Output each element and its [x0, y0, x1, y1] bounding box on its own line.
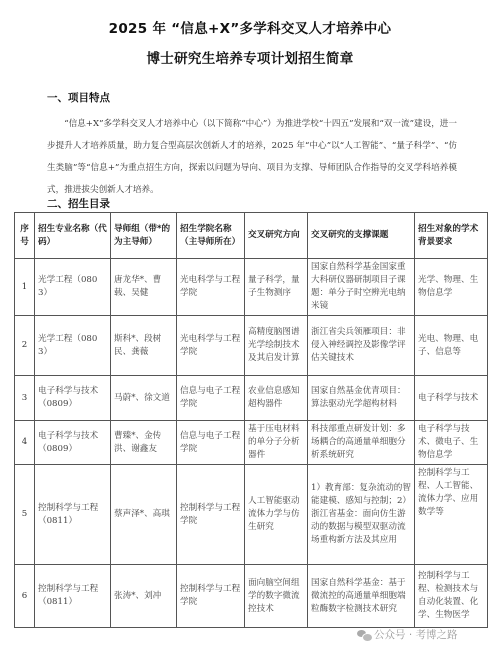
cell-direction: 量子科学，量子生物测序 — [245, 259, 308, 316]
cell-major: 控制科学与工程（0811） — [35, 565, 111, 628]
cell-direction: 高精度脑图谱光学绘制技术及其启发计算 — [245, 316, 308, 376]
cell-projects: 科技部重点研发计划：多场耦合的高通量单细胞分析系统研究 — [308, 421, 415, 465]
cell-direction: 农业信息感知超构器件 — [245, 376, 308, 421]
table-row: 3 电子科学与技术（0809） 马蔚*、徐文道 信息与电子工程学院 农业信息感知… — [15, 376, 488, 421]
cell-background: 光电、物理、电子、信息等 — [415, 316, 488, 376]
table-row: 5 控制科学与工程（0811） 蔡声泽*、高琪 控制科学与工程学院 人工智能驱动… — [15, 465, 488, 565]
cell-no: 3 — [15, 376, 35, 421]
wechat-icon — [357, 629, 371, 640]
table-row: 1 光学工程（0803） 唐龙华*、曹载、吴健 光电科学与工程学院 量子科学，量… — [15, 259, 488, 316]
cell-no: 2 — [15, 316, 35, 376]
cell-college: 光电科学与工程学院 — [177, 316, 245, 376]
table-row: 4 电子科学与技术（0809） 曹臻*、金传洪、谢鑫友 信息与电子工程学院 基于… — [15, 421, 488, 465]
header-projects: 交叉研究的支撑课题 — [308, 213, 415, 259]
cell-college: 光电科学与工程学院 — [177, 259, 245, 316]
watermark-text: 公众号 · 考博之路 — [374, 627, 458, 642]
cell-no: 6 — [15, 565, 35, 628]
header-major: 招生专业名称（代码） — [35, 213, 111, 259]
cell-major: 光学工程（0803） — [35, 259, 111, 316]
cell-major: 电子科学与技术（0809） — [35, 376, 111, 421]
section-heading-features: 一、项目特点 — [47, 90, 110, 105]
cell-advisors: 马蔚*、徐文道 — [111, 376, 177, 421]
cell-major: 控制科学与工程（0811） — [35, 465, 111, 565]
cell-major: 光学工程（0803） — [35, 316, 111, 376]
cell-college: 信息与电子工程学院 — [177, 376, 245, 421]
cell-projects: 浙江省尖兵领雁项目：非侵入神经调控及影像学评估关键技术 — [308, 316, 415, 376]
cell-background: 电子科学与技术 — [415, 376, 488, 421]
cell-advisors: 蔡声泽*、高琪 — [111, 465, 177, 565]
table-header-row: 序号 招生专业名称（代码） 导师组（带*的为主导师） 招生学院名称（主导师所在）… — [15, 213, 488, 259]
cell-direction: 基于压电材料的单分子分析器件 — [245, 421, 308, 465]
cell-background: 电子科学与技术、微电子、生物信息学 — [415, 421, 488, 465]
header-direction: 交叉研究方向 — [245, 213, 308, 259]
cell-background: 控制科学与工程、检测技术与自动化装置、化学、生物医学 — [415, 565, 488, 628]
cell-advisors: 斯科*、段树民、龚薇 — [111, 316, 177, 376]
cell-direction: 人工智能驱动流体力学与仿生研究 — [245, 465, 308, 565]
section-heading-catalog: 二、招生目录 — [47, 196, 110, 211]
cell-no: 5 — [15, 465, 35, 565]
cell-college: 控制科学与工程学院 — [177, 565, 245, 628]
cell-college: 控制科学与工程学院 — [177, 465, 245, 565]
cell-advisors: 曹臻*、金传洪、谢鑫友 — [111, 421, 177, 465]
table-row: 6 控制科学与工程（0811） 张涛*、刘冲 控制科学与工程学院 面向脑空间组学… — [15, 565, 488, 628]
features-paragraph: “信息+X”多学科交叉人才培养中心（以下简称“中心”）为推进学校“十四五”发展和… — [47, 113, 457, 201]
cell-projects: 1）教育部：复杂流动的智能建模、感知与控制；2）浙江省基金：面向仿生游动的数据与… — [308, 465, 415, 565]
header-college: 招生学院名称（主导师所在） — [177, 213, 245, 259]
cell-projects: 国家自然科学基金国家重大科研仪器研制项目子课题：单分子时空辨光电纳米镜 — [308, 259, 415, 316]
cell-projects: 国家自然基金优青项目：算法驱动光学超构材料 — [308, 376, 415, 421]
cell-no: 4 — [15, 421, 35, 465]
cell-background: 控制科学与工程、人工智能、流体力学、应用数学等 — [415, 465, 488, 565]
document-title-line1: 2025 年 “信息+X”多学科交叉人才培养中心 — [0, 17, 500, 37]
cell-advisors: 唐龙华*、曹载、吴健 — [111, 259, 177, 316]
cell-major: 电子科学与技术（0809） — [35, 421, 111, 465]
admissions-catalog-table: 序号 招生专业名称（代码） 导师组（带*的为主导师） 招生学院名称（主导师所在）… — [14, 212, 488, 628]
header-no: 序号 — [15, 213, 35, 259]
cell-college: 信息与电子工程学院 — [177, 421, 245, 465]
cell-direction: 面向脑空间组学的数字微流控技术 — [245, 565, 308, 628]
cell-projects: 国家自然科学基金：基于微流控的高通量单细胞端粒酶数字检测技术研究 — [308, 565, 415, 628]
header-advisors: 导师组（带*的为主导师） — [111, 213, 177, 259]
cell-background: 光学、物理、生物信息学 — [415, 259, 488, 316]
cell-no: 1 — [15, 259, 35, 316]
header-background: 招生对象的学术背景要求 — [415, 213, 488, 259]
document-title-line2: 博士研究生培养专项计划招生简章 — [0, 47, 500, 67]
watermark: 公众号 · 考博之路 — [357, 627, 458, 642]
table-row: 2 光学工程（0803） 斯科*、段树民、龚薇 光电科学与工程学院 高精度脑图谱… — [15, 316, 488, 376]
cell-advisors: 张涛*、刘冲 — [111, 565, 177, 628]
